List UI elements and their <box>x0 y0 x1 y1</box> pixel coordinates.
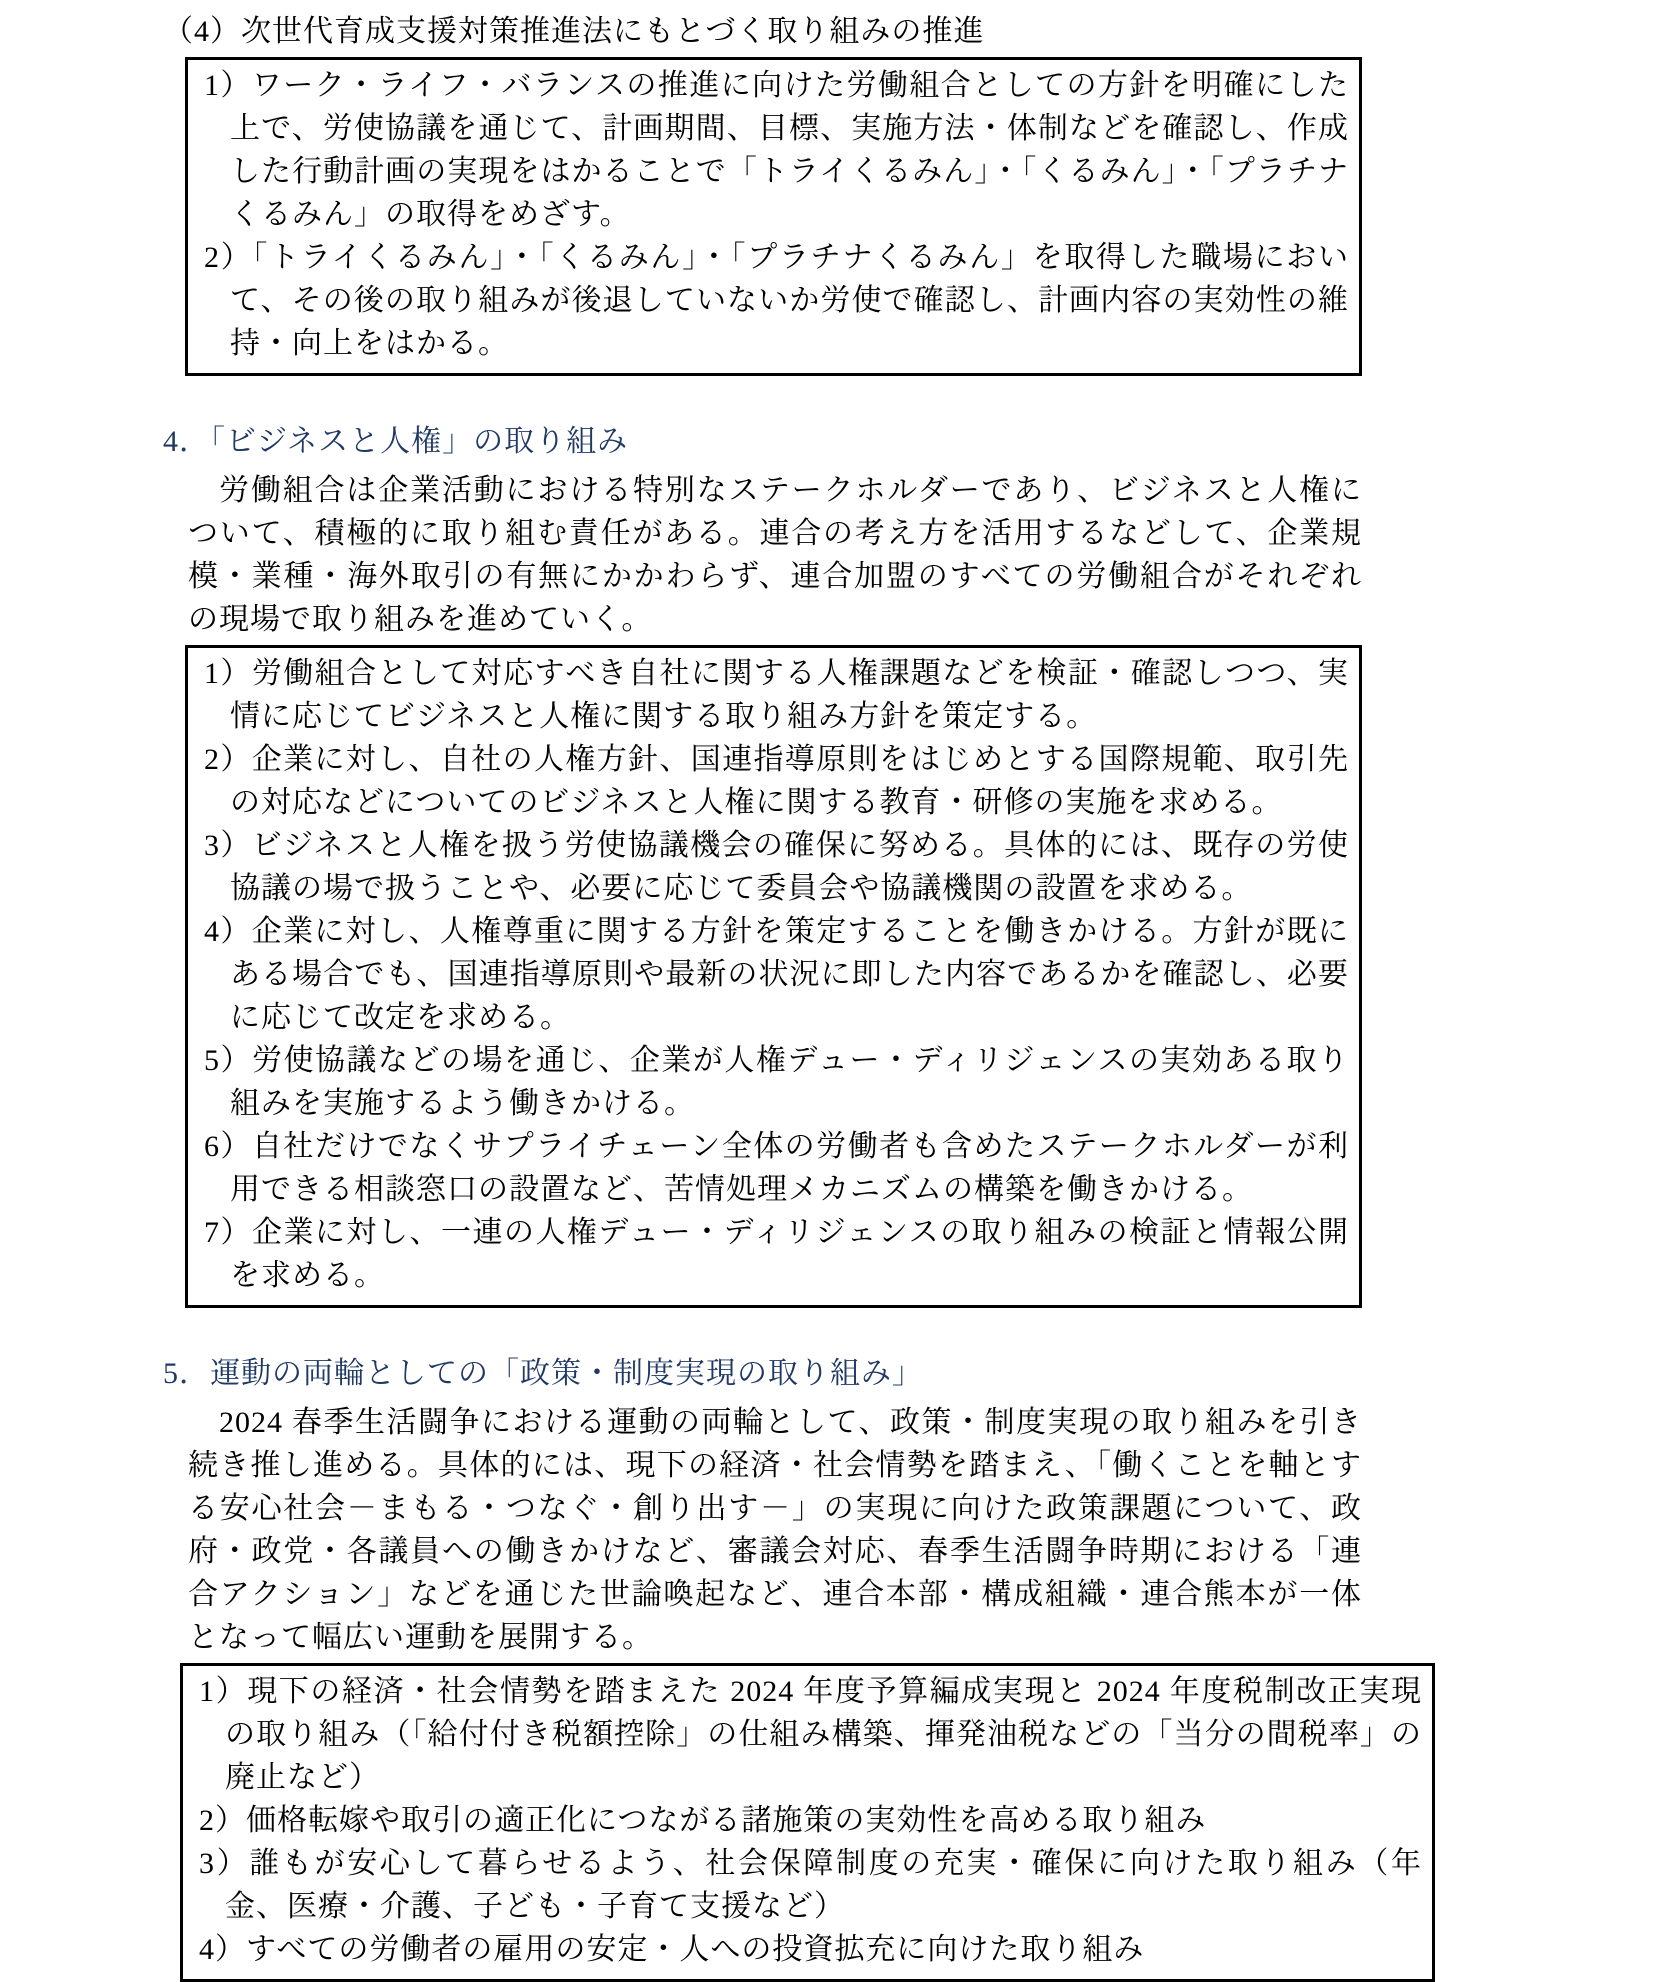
box1-item-1: 1）ワーク・ライフ・バランスの推進に向けた労働組合としての方針を明確にした上で、… <box>196 64 1349 236</box>
document-page: （4）次世代育成支援対策推進法にもとづく取り組みの推進 1）ワーク・ライフ・バラ… <box>0 0 1654 1982</box>
box2-item-4: 4）企業に対し、人権尊重に関する方針を策定することを働きかける。方針が既にある場… <box>196 910 1349 1039</box>
box2-item-3: 3）ビジネスと人権を扱う労使協議機会の確保に努める。具体的には、既存の労使協議の… <box>196 824 1349 910</box>
box2-item-1: 1）労働組合として対応すべき自社に関する人権課題などを検証・確認しつつ、実情に応… <box>196 652 1349 738</box>
box2-item-6: 6）自社だけでなくサプライチェーン全体の労働者も含めたステークホルダーが利用でき… <box>196 1125 1349 1211</box>
box3-item-2: 2）価格転嫁や取引の適正化につながる諸施策の実効性を高める取り組み <box>191 1799 1422 1842</box>
subsection-heading: （4）次世代育成支援対策推進法にもとづく取り組みの推進 <box>163 10 1654 53</box>
box2-item-2: 2）企業に対し、自社の人権方針、国連指導原則をはじめとする国際規範、取引先の対応… <box>196 738 1349 824</box>
box3-item-1: 1）現下の経済・社会情勢を踏まえた 2024 年度予算編成実現と 2024 年度… <box>191 1670 1422 1799</box>
section-5-heading: 5．運動の両輪としての「政策・制度実現の取り組み」 <box>163 1352 1654 1395</box>
box3-item-4: 4）すべての労働者の雇用の安定・人への投資拡充に向けた取り組み <box>191 1928 1422 1971</box>
section-4-heading: 4．「ビジネスと人権」の取り組み <box>163 420 1654 463</box>
section-4-intro: 労働組合は企業活動における特別なステークホルダーであり、ビジネスと人権について、… <box>188 469 1362 641</box>
box2-item-5: 5）労使協議などの場を通じ、企業が人権デュー・ディリジェンスの実効ある取り組みを… <box>196 1039 1349 1125</box>
box1-item-2: 2）「トライくるみん」・「くるみん」・「プラチナくるみん」を取得した職場において… <box>196 236 1349 365</box>
box2-item-7: 7）企業に対し、一連の人権デュー・ディリジェンスの取り組みの検証と情報公開を求め… <box>196 1211 1349 1297</box>
box3-item-3: 3）誰もが安心して暮らせるよう、社会保障制度の充実・確保に向けた取り組み（年金、… <box>191 1842 1422 1928</box>
policy-box-1: 1）ワーク・ライフ・バランスの推進に向けた労働組合としての方針を明確にした上で、… <box>185 57 1362 376</box>
policy-box-2: 1）労働組合として対応すべき自社に関する人権課題などを検証・確認しつつ、実情に応… <box>185 645 1362 1308</box>
policy-box-3: 1）現下の経済・社会情勢を踏まえた 2024 年度予算編成実現と 2024 年度… <box>180 1663 1435 1982</box>
section-5-intro: 2024 春季生活闘争における運動の両輪として、政策・制度実現の取り組みを引き続… <box>188 1401 1362 1659</box>
